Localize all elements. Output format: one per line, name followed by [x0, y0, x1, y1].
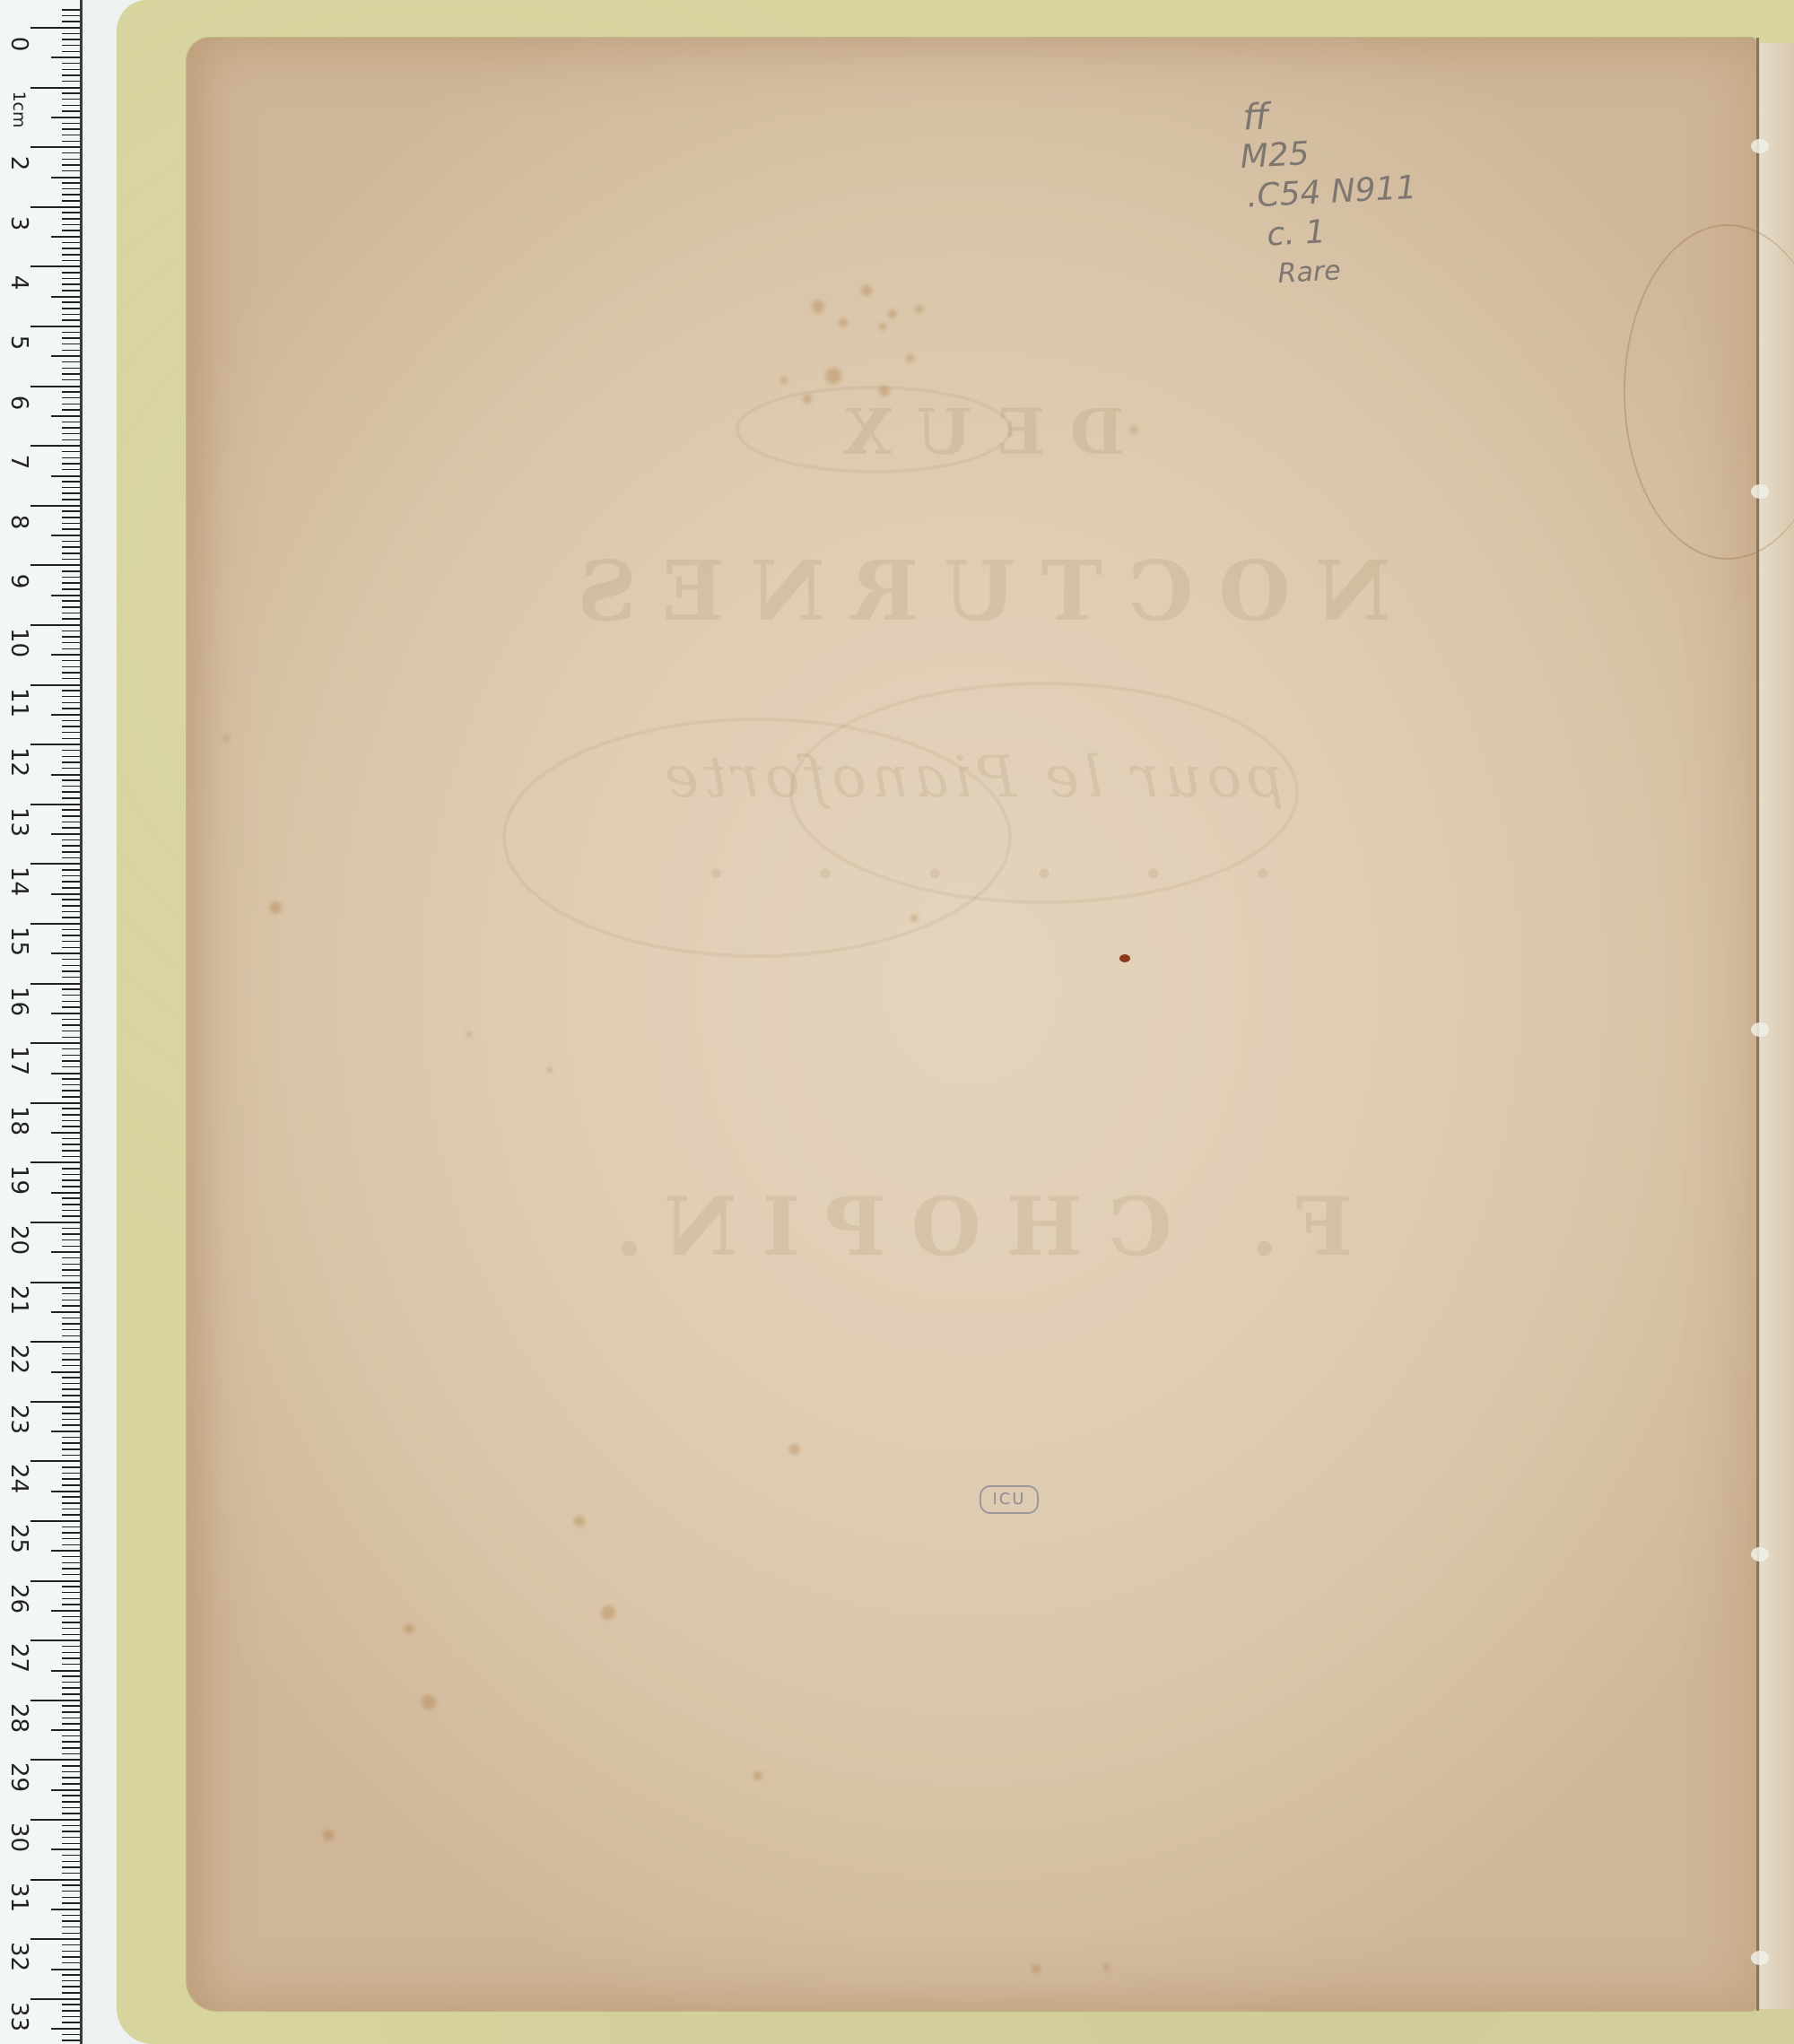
ruler-cm-label: 31	[5, 1883, 32, 1909]
ruler-tick	[62, 678, 80, 680]
ruler-tick	[51, 1311, 80, 1313]
ruler-tick	[62, 200, 80, 202]
foxing-spot	[1032, 1964, 1041, 1973]
ruler-tick	[62, 1031, 80, 1032]
ruler-tick	[51, 1909, 80, 1910]
ruler-tick	[62, 499, 80, 500]
ruler-tick	[51, 1491, 80, 1492]
ruler-tick	[62, 248, 80, 249]
ruler-tick	[62, 869, 80, 871]
show-through-title: NOCTURNES	[187, 543, 1756, 639]
ruler-tick	[62, 738, 80, 740]
ruler-tick	[62, 1406, 80, 1408]
ruler-tick	[62, 845, 80, 847]
ruler-tick	[62, 1974, 80, 1976]
ruler-tick	[62, 1628, 80, 1630]
ruler-tick	[62, 1388, 80, 1390]
ruler-cm-label: 1cm	[5, 88, 32, 131]
ruler-tick	[51, 1789, 80, 1791]
ruler-tick	[62, 1419, 80, 1421]
ruler-tick	[62, 1837, 80, 1839]
ruler-tick	[62, 1144, 80, 1145]
ruler-tick	[62, 1197, 80, 1199]
ruler-tick	[62, 278, 80, 280]
foxing-spot	[888, 309, 897, 318]
ruler-tick	[62, 1496, 80, 1498]
ruler-tick	[62, 970, 80, 972]
ruler-tick	[51, 535, 80, 536]
ruler-tick	[62, 1114, 80, 1116]
ruler-tick	[51, 1969, 80, 1970]
ruler-tick	[51, 952, 80, 954]
ruler-tick	[62, 881, 80, 883]
ruler-tick	[62, 1962, 80, 1964]
ruler-tick	[30, 206, 80, 208]
library-stamp: ICU	[980, 1485, 1039, 1514]
ruler-tick	[62, 254, 80, 256]
ruler-tick	[62, 995, 80, 996]
ruler-tick	[62, 851, 80, 853]
ruler-cm-label: 2	[5, 150, 32, 177]
ruler-tick	[62, 1646, 80, 1648]
ruler-tick	[62, 2016, 80, 2018]
ruler-tick	[62, 368, 80, 370]
ruler-tick	[62, 648, 80, 650]
ruler-tick	[62, 827, 80, 829]
ruler-tick	[62, 63, 80, 65]
ruler-tick	[62, 1951, 80, 1953]
ruler-tick	[62, 1037, 80, 1039]
ruler-tick	[62, 941, 80, 943]
ruler-cm-label: 12	[5, 747, 32, 774]
ruler-tick	[62, 965, 80, 967]
ruler-tick	[62, 1359, 80, 1361]
foxing-spot	[915, 305, 923, 313]
ruler-tick	[62, 1179, 80, 1181]
ruler-tick	[62, 319, 80, 321]
ruler-tick	[51, 57, 80, 58]
ruler-tick	[62, 756, 80, 758]
ruler-tick	[62, 660, 80, 662]
ruler-tick	[62, 1001, 80, 1003]
ruler-tick	[62, 1831, 80, 1832]
ruler-tick	[51, 1848, 80, 1850]
binding-stitch	[1751, 1951, 1769, 1965]
ruler-tick	[62, 1024, 80, 1026]
foxing-spot	[812, 300, 824, 313]
ruler-tick	[62, 732, 80, 734]
ruler-tick	[62, 1664, 80, 1666]
ruler-tick	[62, 164, 80, 166]
ruler-tick	[62, 720, 80, 722]
ruler-tick	[62, 1156, 80, 1158]
ruler-tick	[62, 481, 80, 483]
ruler-tick	[62, 1753, 80, 1755]
ruler-tick	[62, 487, 80, 489]
ruler-tick	[62, 1723, 80, 1725]
ruler-tick	[62, 1126, 80, 1127]
ruler-tick	[62, 1592, 80, 1594]
ruler-tick	[62, 337, 80, 339]
ruler-tick	[62, 1287, 80, 1289]
foxing-spot	[323, 1830, 334, 1840]
foxing-spot	[224, 735, 230, 741]
ruler-tick	[62, 141, 80, 143]
ruler-tick	[62, 1735, 80, 1737]
foxing-spot	[879, 386, 890, 396]
ruler-tick	[62, 1920, 80, 1922]
ruler-tick	[30, 1879, 80, 1881]
ruler-tick	[62, 170, 80, 172]
ruler-tick	[62, 188, 80, 190]
ruler-tick	[62, 887, 80, 889]
ruler-tick	[62, 791, 80, 793]
ruler-tick	[30, 326, 80, 327]
ruler-tick	[62, 786, 80, 787]
ruler-tick	[62, 182, 80, 184]
ruler-tick	[62, 1622, 80, 1623]
ruler-cm-label: 33	[5, 2002, 32, 2029]
ruler-tick	[62, 1084, 80, 1086]
ruler-tick	[62, 947, 80, 949]
ruler-tick	[51, 893, 80, 895]
show-through-deux: DEUX	[187, 395, 1756, 469]
ruler-tick	[62, 290, 80, 291]
ruler-tick	[30, 863, 80, 865]
ruler-tick	[62, 1718, 80, 1719]
ruler-tick	[62, 917, 80, 918]
ruler-tick	[51, 355, 80, 357]
ruler-tick	[62, 600, 80, 602]
ruler-tick	[51, 117, 80, 118]
ruler-tick	[62, 33, 80, 35]
ruler-tick	[62, 1275, 80, 1277]
ruler-tick	[30, 1580, 80, 1582]
ruler-tick	[62, 750, 80, 752]
ruler-cm-label: 30	[5, 1822, 32, 1849]
ruler-tick	[62, 1891, 80, 1892]
ruler-tick	[62, 110, 80, 112]
ruler-tick	[30, 445, 80, 447]
ruler-tick	[30, 1341, 80, 1343]
ruler-tick	[62, 929, 80, 931]
ruler-tick	[62, 696, 80, 698]
ruler-tick	[62, 1305, 80, 1307]
ruler-tick	[62, 1186, 80, 1187]
ruler-tick	[62, 433, 80, 435]
ruler-tick	[62, 1986, 80, 1987]
ruler-cm-label: 15	[5, 926, 32, 953]
ruler-tick	[30, 265, 80, 267]
ruler-tick	[62, 779, 80, 781]
ruler-tick	[51, 1013, 80, 1014]
ruler-tick	[62, 559, 80, 561]
ruler-tick	[62, 1055, 80, 1057]
ruler-tick	[62, 1980, 80, 1982]
ruler-tick	[62, 1455, 80, 1457]
ruler-tick	[62, 1239, 80, 1241]
ruler-tick	[30, 1282, 80, 1283]
ruler-cm-label: 26	[5, 1584, 32, 1611]
ruler-tick	[62, 1437, 80, 1439]
ruler-tick	[62, 1257, 80, 1259]
ruler-tick	[51, 1670, 80, 1672]
foxing-spot	[601, 1605, 615, 1620]
ruler-cm-label: 23	[5, 1405, 32, 1431]
ruler-cm-label: 3	[5, 210, 32, 237]
ruler-tick	[62, 1682, 80, 1683]
ruler-tick	[30, 1161, 80, 1163]
ruler-tick	[51, 1073, 80, 1074]
ruler-tick	[62, 1090, 80, 1092]
ruler-tick	[62, 469, 80, 471]
ruler-tick	[62, 1747, 80, 1749]
ruler-tick	[62, 159, 80, 161]
ruler-tick	[62, 81, 80, 83]
ruler-tick	[62, 1544, 80, 1546]
foxing-spot	[861, 285, 872, 296]
foxing-spot	[269, 901, 282, 914]
ruler-tick	[62, 128, 80, 130]
ruler-cm-label: 29	[5, 1762, 32, 1789]
ruler-tick	[62, 212, 80, 213]
ruler-tick	[62, 135, 80, 136]
foxing-spot	[1103, 1964, 1110, 1970]
ruler-tick	[62, 702, 80, 704]
ruler-tick	[51, 654, 80, 656]
ruler-tick	[62, 631, 80, 632]
ruler-tick	[62, 1365, 80, 1367]
ruler-tick	[62, 1078, 80, 1080]
ruler-tick	[62, 839, 80, 841]
ruler-tick	[62, 1233, 80, 1235]
ruler-tick	[62, 822, 80, 823]
ruler-tick	[62, 1269, 80, 1271]
ruler-tick	[51, 236, 80, 238]
ruler-cm-label: 16	[5, 987, 32, 1013]
ruler-tick	[62, 1006, 80, 1008]
ruler-tick	[62, 457, 80, 459]
ruler-tick	[51, 1550, 80, 1552]
ruler-tick	[62, 815, 80, 817]
ruler-tick	[51, 774, 80, 776]
ruler-tick	[62, 1526, 80, 1528]
ruler-tick	[62, 1873, 80, 1874]
ruler-tick	[62, 1448, 80, 1450]
ruler-tick	[62, 1843, 80, 1845]
foxing-spot	[839, 318, 848, 327]
ruler-tick	[30, 1520, 80, 1522]
binding-stitch	[1751, 1022, 1769, 1037]
foxing-spot	[466, 1031, 472, 1037]
ruler-tick	[62, 1395, 80, 1396]
ruler-tick	[62, 422, 80, 423]
foxing-spot	[574, 1516, 585, 1526]
ruler-tick	[51, 2028, 80, 2030]
ruler-tick	[62, 260, 80, 262]
ruler-tick	[62, 666, 80, 668]
ruler-tick	[62, 1556, 80, 1558]
ruler-tick	[62, 1509, 80, 1510]
ruler-tick	[30, 1998, 80, 2000]
ruler-tick	[30, 1640, 80, 1641]
ruler-tick	[62, 379, 80, 381]
ruler-tick	[30, 564, 80, 566]
ruler-tick	[62, 546, 80, 548]
ruler-tick	[62, 899, 80, 900]
ruler-tick	[62, 45, 80, 47]
ruler-tick	[62, 672, 80, 674]
ruler-tick	[62, 74, 80, 76]
ruler-tick	[62, 1264, 80, 1266]
ruler-tick	[62, 1765, 80, 1767]
ruler-tick	[62, 105, 80, 107]
ruler-tick	[62, 218, 80, 220]
ruler-tick	[62, 194, 80, 196]
ruler-tick	[62, 1866, 80, 1868]
ruler-tick	[51, 1251, 80, 1253]
ruler-tick	[30, 983, 80, 985]
ruler-tick	[51, 1431, 80, 1432]
ruler-tick	[62, 1478, 80, 1480]
ruler-tick	[62, 1687, 80, 1689]
ruler-tick	[62, 582, 80, 584]
ruler-tick	[62, 1777, 80, 1779]
foxing-spot	[879, 323, 886, 330]
ruler-tick	[62, 39, 80, 40]
ruler-tick	[62, 1741, 80, 1743]
ruler-tick	[62, 1933, 80, 1935]
ruler-cm-label: 27	[5, 1643, 32, 1670]
ruler-cm-label: 18	[5, 1106, 32, 1133]
ruler-tick	[62, 1210, 80, 1212]
ruler-tick	[62, 1383, 80, 1385]
ruler-tick	[62, 1293, 80, 1295]
ruler-tick	[62, 1538, 80, 1540]
ruler-cm-label: 14	[5, 866, 32, 893]
ruler-tick	[62, 1318, 80, 1319]
ruler-tick	[62, 618, 80, 620]
ruler-tick	[62, 1060, 80, 1062]
ruler-tick	[62, 439, 80, 441]
ruler-tick	[62, 875, 80, 877]
ruler-tick	[62, 726, 80, 727]
ruler-tick	[62, 905, 80, 907]
ruler-tick	[62, 1174, 80, 1176]
ruler-tick	[62, 1502, 80, 1504]
ruler-tick	[62, 1353, 80, 1355]
ruler-tick	[62, 2004, 80, 2005]
binding-stitch	[1751, 139, 1769, 153]
ruler-tick	[62, 1019, 80, 1021]
ruler-tick	[51, 1729, 80, 1731]
ruler-tick	[62, 690, 80, 691]
ruler-tick	[62, 314, 80, 316]
ruler-cm-label: 10	[5, 628, 32, 655]
ruler-tick	[51, 475, 80, 477]
ruler-tick	[62, 523, 80, 525]
ruler-tick	[62, 361, 80, 363]
show-through-subtitle: pour le Pianoforte	[187, 744, 1756, 811]
ruler-tick	[62, 1150, 80, 1152]
ruler-tick	[62, 427, 80, 429]
ruler-tick	[62, 2040, 80, 2041]
ruler-tick	[62, 1652, 80, 1654]
ruler-tick	[62, 570, 80, 572]
ruler-tick	[62, 1861, 80, 1863]
ruler-tick	[62, 1604, 80, 1605]
ruler-tick	[62, 959, 80, 961]
ruler-tick	[62, 1246, 80, 1248]
ruler-tick	[62, 99, 80, 100]
document-page	[187, 38, 1756, 2011]
foxing-spot	[789, 1444, 800, 1455]
ruler-tick	[62, 1795, 80, 1796]
ruler-tick	[62, 373, 80, 375]
ruler-cm-label: 19	[5, 1165, 32, 1192]
ruler-cm-label: 6	[5, 389, 32, 416]
ruler-tick	[30, 505, 80, 507]
ruler-tick	[62, 517, 80, 518]
ruler-tick	[30, 684, 80, 686]
ruler-tick	[62, 935, 80, 936]
ruler-tick	[62, 1902, 80, 1904]
ruler-tick	[30, 804, 80, 805]
ruler-tick	[62, 1048, 80, 1050]
ruler-tick	[62, 1693, 80, 1695]
ruler-tick	[62, 1771, 80, 1773]
ruler-tick	[30, 624, 80, 626]
ruler-tick	[62, 1168, 80, 1170]
ruler-tick	[62, 301, 80, 303]
ruler-tick	[62, 1300, 80, 1301]
ruler-cm-label: 0	[5, 30, 32, 57]
foxing-spot	[803, 395, 812, 404]
foxing-spot	[910, 915, 918, 922]
binding-stitch	[1751, 1547, 1769, 1561]
ruler-tick	[62, 308, 80, 309]
ruler-tick	[62, 1915, 80, 1917]
page-edge-discoloration	[187, 38, 1756, 2011]
ruler-cm-label: 32	[5, 1942, 32, 1969]
ruler-tick	[62, 463, 80, 465]
foxing-spot	[825, 368, 841, 384]
ruler-tick	[62, 1108, 80, 1109]
ruler-tick	[62, 152, 80, 154]
ruler-tick	[62, 224, 80, 226]
ruler-cm-label: 17	[5, 1046, 32, 1073]
ruler-tick	[62, 350, 80, 352]
ruler-tick	[62, 230, 80, 231]
ruler-tick	[62, 761, 80, 763]
ruler-tick	[62, 1204, 80, 1205]
ruler-tick	[62, 1066, 80, 1068]
ruler-tick	[62, 21, 80, 22]
ruler-tick	[51, 415, 80, 417]
ruler-cm-label: 5	[5, 329, 32, 356]
ruler-tick	[30, 1401, 80, 1403]
ruler-tick	[30, 87, 80, 89]
ruler-tick	[62, 528, 80, 530]
foxing-spot	[1130, 426, 1137, 433]
ruler-tick	[62, 404, 80, 405]
ruler-tick	[62, 1598, 80, 1600]
ruler-tick	[62, 1586, 80, 1587]
ruler-tick	[62, 283, 80, 285]
ruler-tick	[30, 1759, 80, 1761]
foxing-spot	[906, 354, 914, 362]
ruler-tick	[62, 797, 80, 799]
